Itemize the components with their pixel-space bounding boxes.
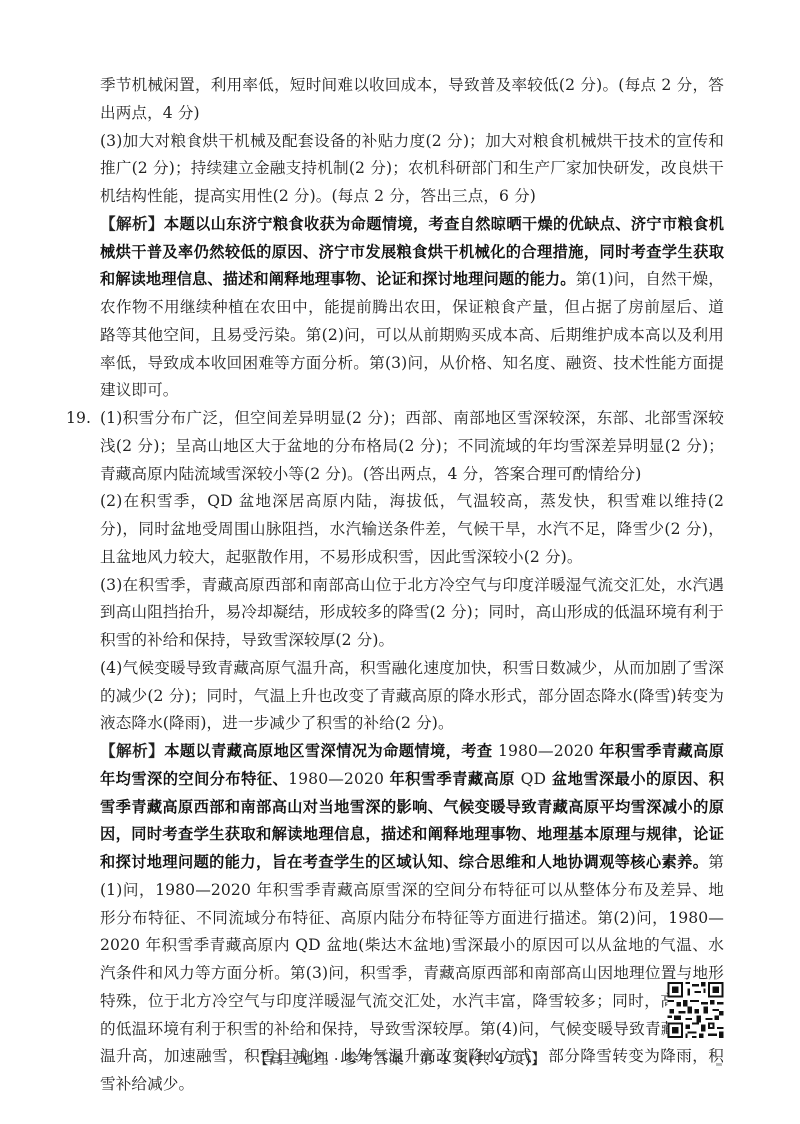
analysis-19-summary-a: 本题以青藏高原地区雪深情况为命题情境，考查 [164,742,492,760]
answer-19-part1: 19.(1)积雪分布广泛，但空间差异明显(2 分)；西部、南部地区雪深较深，东部… [100,405,724,488]
analysis-tag: 【解析】 [100,215,164,233]
analysis-19-year-b: 1980—2020 [288,770,389,788]
answer-body: 季节机械闲置，利用率低，短时间难以收回成本，导致普及率较低(2 分)。(每点 2… [100,72,724,1099]
analysis-tag: 【解析】 [100,742,164,760]
analysis-18: 【解析】本题以山东济宁粮食收获为命题情境，考查自然晾晒干燥的优缺点、济宁市粮食机… [100,211,724,405]
document-page: 季节机械闲置，利用率低，短时间难以收回成本，导致普及率较低(2 分)。(每点 2… [0,0,800,1124]
analysis-19-summary-c: 年积雪季青藏高原 [389,770,520,788]
answer-18-part2-end: 季节机械闲置，利用率低，短时间难以收回成本，导致普及率较低(2 分)。(每点 2… [100,72,724,128]
answer-19-part1-text: (1)积雪分布广泛，但空间差异明显(2 分)；西部、南部地区雪深较深，东部、北部… [100,409,724,483]
analysis-19: 【解析】本题以青藏高原地区雪深情况为命题情境，考查 1980—2020 年积雪季… [100,738,724,1099]
answer-19-part4: (4)气候变暖导致青藏高原气温升高，积雪融化速度加快，积雪日数减少，从而加剧了雪… [100,655,724,738]
answer-19-part3: (3)在积雪季，青藏高原西部和南部高山位于北方冷空气与印度洋暖湿气流交汇处，水汽… [100,572,724,655]
analysis-18-detail: 第(1)问，自然干燥，农作物不用继续种植在农田中，能提前腾出农田，保证粮食产量，… [100,270,724,399]
analysis-19-year-a: 1980—2020 [493,742,600,760]
analysis-19-qd: QD [521,770,547,788]
question-number-19: 19. [66,405,91,433]
qr-code-icon[interactable] [667,982,724,1038]
page-footer: 【高三地理 · 参考答案 第 4 页(共 4 页)】 [0,1048,800,1069]
scan-mark [716,1063,722,1066]
answer-19-part2: (2)在积雪季，QD 盆地深居高原内陆，海拔低，气温较高，蒸发快，积雪难以维持(… [100,488,724,571]
answer-18-part3: (3)加大对粮食烘干机械及配套设备的补贴力度(2 分)；加大对粮食机械烘干技术的… [100,128,724,211]
